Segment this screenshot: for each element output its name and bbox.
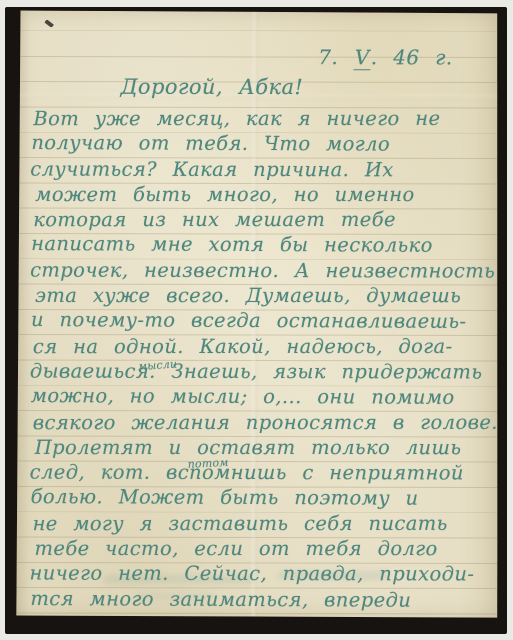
scan-background: 7. V. 46 г. Дорогой, Абка! Вот уже месяц… — [0, 0, 513, 640]
ink-bleed-through — [103, 575, 253, 584]
letter-line: может быть много, но именно — [21, 183, 498, 208]
date-day: 7. — [318, 45, 338, 69]
letter-line: и почему-то всегда останавливаешь- — [17, 308, 499, 335]
letter-line: Вот уже месяц, как я ничего не — [19, 107, 498, 133]
letter-line: Пролетят и оставят только лишь — [21, 436, 499, 461]
letter-body: 7. V. 46 г. Дорогой, Абка! Вот уже месяц… — [15, 44, 498, 613]
letter-line: болью. Может быть поэтому и — [17, 485, 499, 512]
letter-line: тебе часто, если от тебя долго — [21, 537, 499, 562]
letter-line: не могу я заставить себя писать — [19, 512, 499, 538]
letter-line: получаю от тебя. Что могло — [17, 131, 498, 158]
letter-page: 7. V. 46 г. Дорогой, Абка! Вот уже месяц… — [15, 10, 498, 619]
letter-line: след, кот. вспомнишь с неприятной — [16, 461, 498, 487]
letter-line: ничего нет. Сейчас, правда, приходи- — [15, 562, 497, 588]
letter-date: 7. V. 46 г. — [17, 44, 499, 75]
letter-line: ся на одной. Какой, надеюсь, дога- — [19, 335, 499, 361]
scan-mat: 7. V. 46 г. Дорогой, Абка! Вот уже месяц… — [5, 7, 507, 634]
letter-line: дываешься. Знаешь, язык придержать — [16, 359, 498, 385]
letter-line: можно, но мысли; о,... они помимо — [17, 384, 499, 411]
letter-line: эта хуже всего. Думаешь, думаешь — [21, 284, 499, 309]
interlinear-insertion: мысли — [137, 357, 177, 373]
letter-line: которая из них мешает тебе — [19, 208, 498, 234]
letter-line: строчек, неизвестно. А неизвестность — [16, 258, 498, 284]
date-month-roman: V — [354, 45, 371, 70]
ink-bleed-through — [277, 571, 387, 579]
date-year: . 46 г. — [371, 45, 453, 69]
letter-line: написать мне хотя бы несколько — [17, 232, 499, 259]
letter-line: тся много заниматься, впереди — [16, 587, 498, 614]
letter-line: случиться? Какая причина. Их — [16, 157, 498, 183]
letter-line: всякого желания проносятся в голове. — [19, 410, 499, 436]
ink-bleed-through — [135, 593, 215, 600]
letter-salutation: Дорогой, Абка! — [16, 74, 498, 107]
interlinear-insertion: потом — [187, 456, 228, 471]
